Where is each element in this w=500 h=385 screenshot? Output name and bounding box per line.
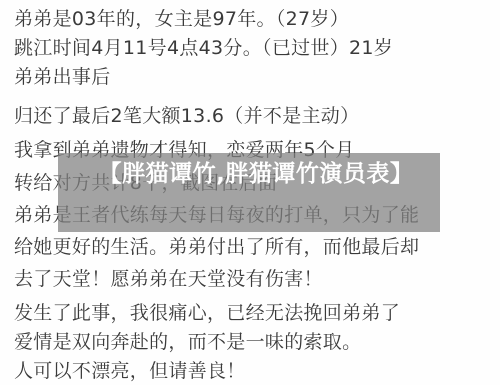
note-line: 弟弟是03年的，女主是97年。（27岁） xyxy=(14,6,349,32)
note-line: 爱情是双向奔赴的，而不是一味的索取。 xyxy=(14,329,361,355)
note-line: 弟弟出事后 xyxy=(14,64,111,90)
note-line: 去了天堂！愿弟弟在天堂没有伤害！ xyxy=(14,266,323,292)
note-line: 归还了最后2笔大额13.6（并不是主动） xyxy=(14,103,359,129)
note-line: 给她更好的生活。弟弟付出了所有，而他最后却 xyxy=(14,234,419,260)
note-line: 人可以不漂亮，但请善良！ xyxy=(14,358,246,384)
note-line: 发生了此事，我很痛心，已经无法挽回弟弟了 xyxy=(14,300,400,326)
note-line: 跳江时间4月11号4点43分。（已过世）21岁 xyxy=(14,35,393,61)
overlay-title: 【胖猫谭竹,胖猫谭竹演员表】 xyxy=(86,160,426,189)
